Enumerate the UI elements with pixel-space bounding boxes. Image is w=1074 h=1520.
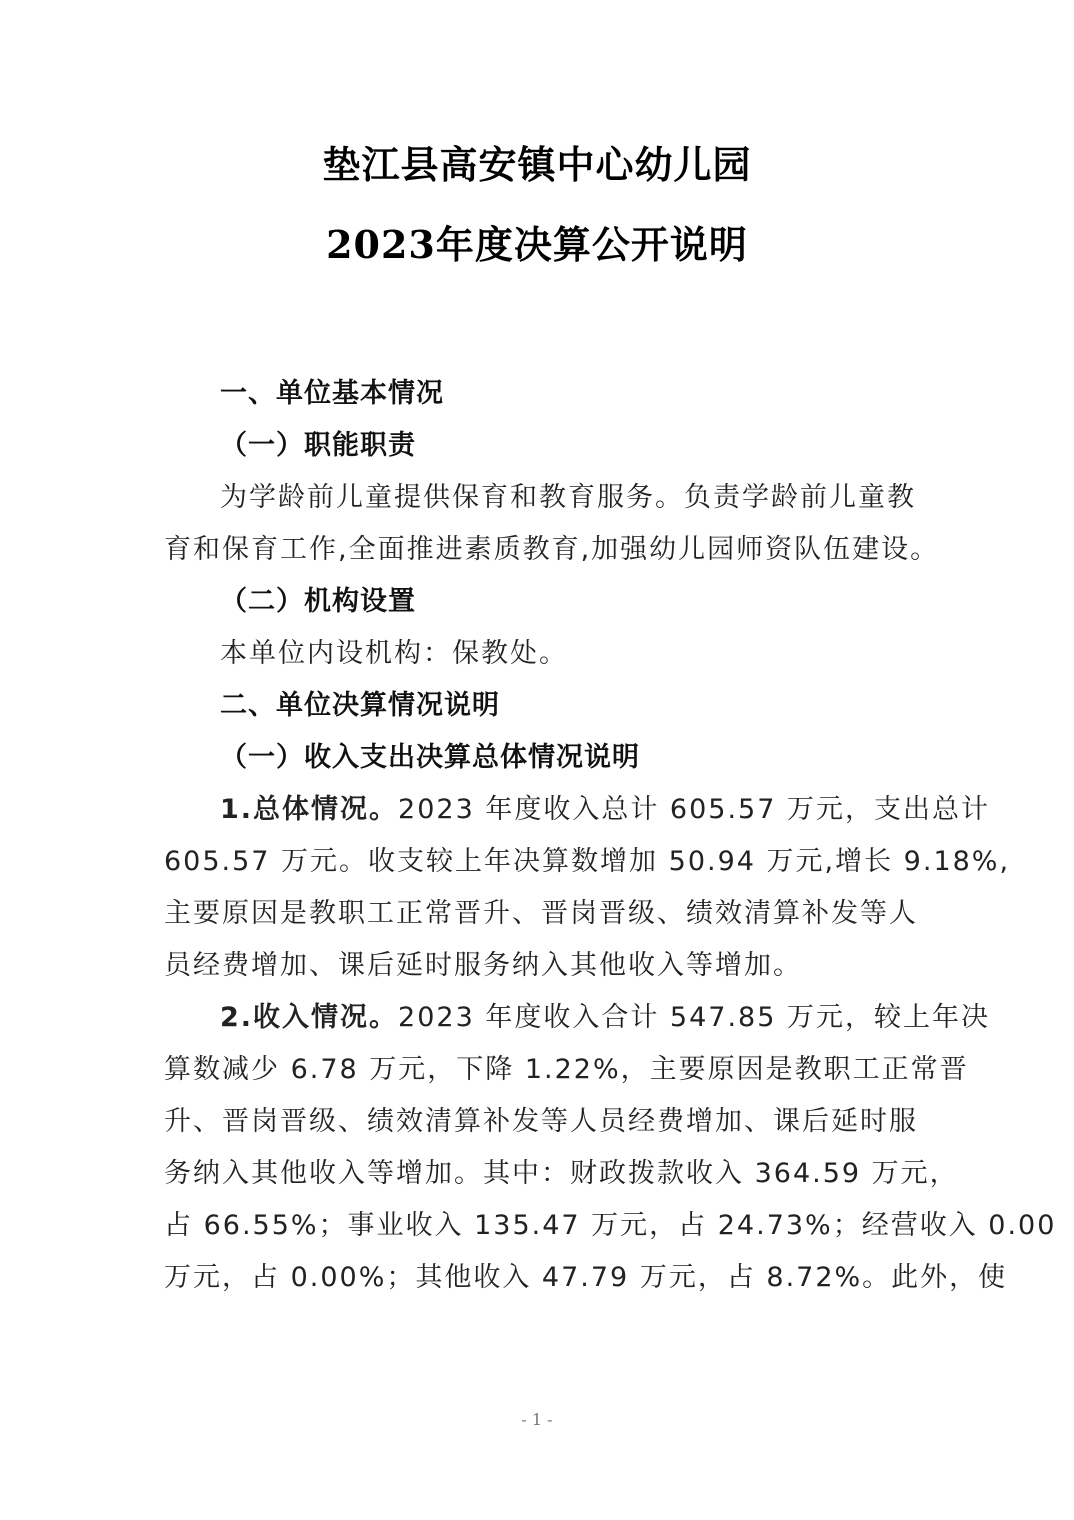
section2-sub1-heading: （一）收入支出决算总体情况说明 (220, 740, 980, 776)
paragraph-lead: 2.收入情况。 (220, 1002, 398, 1033)
paragraph-text: 2023 年度收入合计 547.85 万元，较上年决 (398, 1002, 990, 1033)
section1-heading: 一、单位基本情况 (220, 376, 980, 412)
paragraph-line: 1.总体情况。2023 年度收入总计 605.57 万元，支出总计 (220, 792, 980, 828)
document-title-line1: 垫江县高安镇中心幼儿园 (0, 134, 1074, 189)
paragraph-line: 占 66.55%；事业收入 135.47 万元，占 24.73%；经营收入 0.… (164, 1208, 924, 1244)
paragraph-line: 为学龄前儿童提供保育和教育服务。负责学龄前儿童教 (220, 480, 980, 516)
section1-sub2-heading: （二）机构设置 (220, 584, 980, 620)
document-title-line2: 2023年度决算公开说明 (0, 214, 1074, 269)
paragraph-line: 务纳入其他收入等增加。其中：财政拨款收入 364.59 万元， (164, 1156, 924, 1192)
paragraph-line: 万元，占 0.00%；其他收入 47.79 万元，占 8.72%。此外，使 (164, 1260, 924, 1296)
section2-heading: 二、单位决算情况说明 (220, 688, 980, 724)
section1-sub1-heading: （一）职能职责 (220, 428, 980, 464)
paragraph-line: 升、晋岗晋级、绩效清算补发等人员经费增加、课后延时服 (164, 1104, 924, 1140)
page-number: - 1 - (0, 1410, 1074, 1429)
paragraph-line: 605.57 万元。收支较上年决算数增加 50.94 万元,增长 9.18%, (164, 844, 924, 880)
paragraph-lead: 1.总体情况。 (220, 794, 398, 825)
paragraph-text: 2023 年度收入总计 605.57 万元，支出总计 (398, 794, 990, 825)
paragraph-line: 主要原因是教职工正常晋升、晋岗晋级、绩效清算补发等人 (164, 896, 924, 932)
paragraph-line: 算数减少 6.78 万元，下降 1.22%，主要原因是教职工正常晋 (164, 1052, 924, 1088)
paragraph-line: 2.收入情况。2023 年度收入合计 547.85 万元，较上年决 (220, 1000, 980, 1036)
paragraph-line: 本单位内设机构：保教处。 (220, 636, 980, 672)
paragraph-line: 员经费增加、课后延时服务纳入其他收入等增加。 (164, 948, 924, 984)
paragraph-line: 育和保育工作,全面推进素质教育,加强幼儿园师资队伍建设。 (164, 532, 924, 568)
